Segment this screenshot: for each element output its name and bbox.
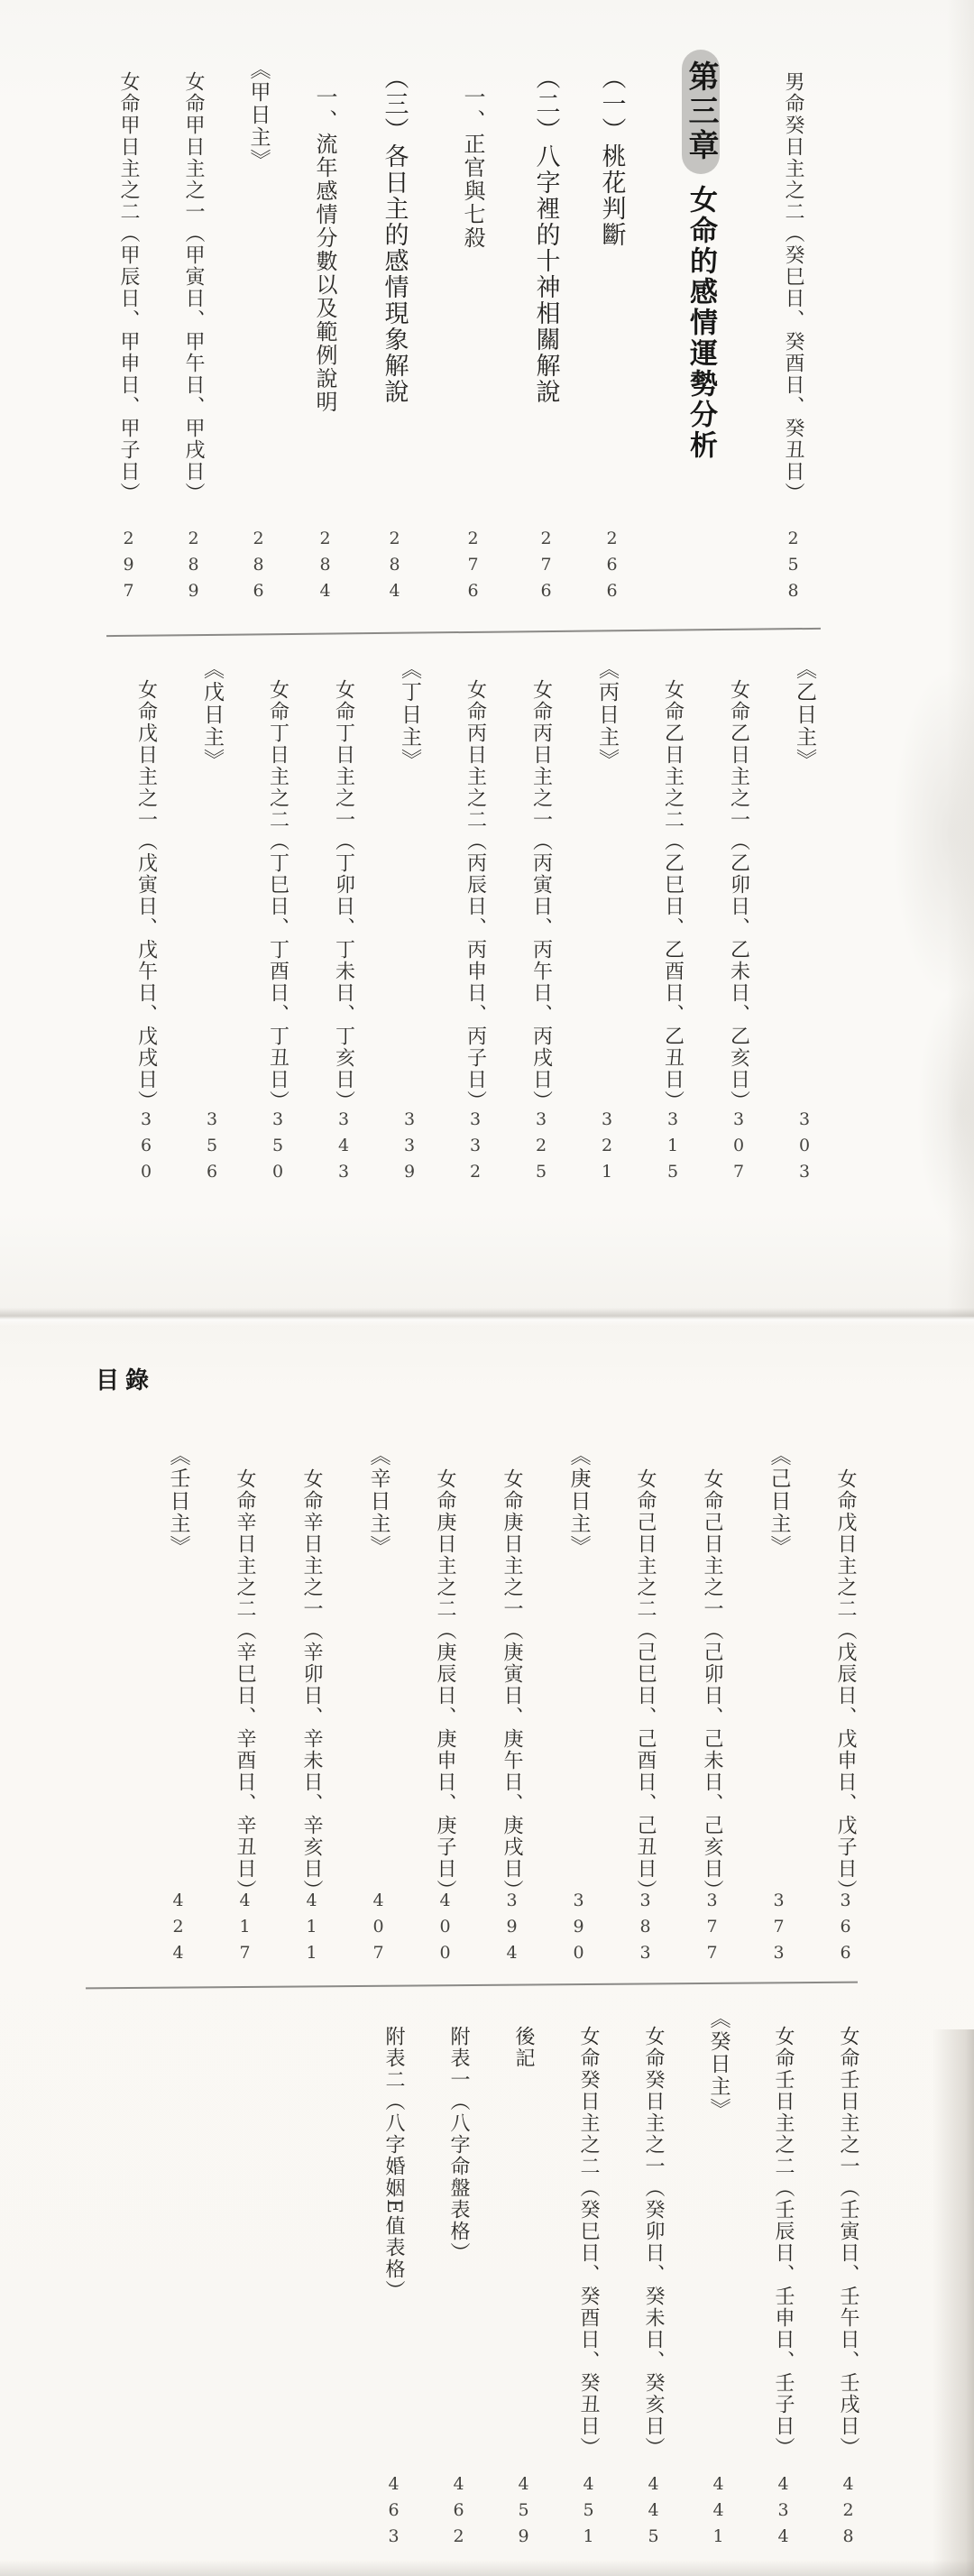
toc-entry: 女命丁日主之一（丁卯日、丁未日、丁亥日） 343 xyxy=(310,646,376,1188)
page-number: 321 xyxy=(598,1109,615,1188)
toc-entry: 女命戊日主之一（戊寅日、戊午日、戊戌日） 360 xyxy=(113,646,179,1188)
toc-entry: 女命癸日主之一（癸卯日、癸未日、癸亥日） 445 xyxy=(620,2004,685,2553)
entry-text: 女命癸日主之一（癸卯日、癸未日、癸亥日） xyxy=(643,2026,663,2459)
page-number: 339 xyxy=(400,1109,418,1188)
page-number: 307 xyxy=(730,1109,747,1188)
chapter-title: 女命的感情運勢分析 xyxy=(685,185,717,461)
page-number: 451 xyxy=(580,2474,597,2553)
toc-entry: 女命甲日主之二（甲辰日、甲申日、甲子日） 297 xyxy=(96,50,161,607)
page-number: 289 xyxy=(185,529,202,607)
section-text: （一）桃花判斷 xyxy=(600,65,624,248)
toc-entry: 女命甲日主之一（甲寅日、甲午日、甲戌日） 289 xyxy=(161,50,225,607)
page-number: 284 xyxy=(317,529,334,607)
page-number: 343 xyxy=(335,1109,352,1188)
entry-text: 女命丙日主之一（丙寅日、丙午日、丙戌日） xyxy=(531,679,551,1112)
toc-entry: 女命辛日主之二（辛巳日、辛酉日、辛丑日） 417 xyxy=(211,1440,278,1969)
toc-subsection: 一、流年感情分數以及範例說明 284 xyxy=(290,50,359,607)
page-number: 303 xyxy=(795,1109,813,1188)
entry-text: 附表二（八字婚姻E值表格） xyxy=(383,2026,403,2302)
toc-entry: 女命庚日主之一（庚寅日、庚午日、庚戌日） 394 xyxy=(478,1440,545,1969)
toc-entry: 女命壬日主之二（壬辰日、壬申日、壬子日） 434 xyxy=(750,2004,815,2553)
entry-text: 女命己日主之一（己卯日、己未日、己亥日） xyxy=(702,1468,721,1901)
page-number: 315 xyxy=(664,1109,681,1188)
entry-text: 女命壬日主之一（壬寅日、壬午日、壬戌日） xyxy=(838,2026,858,2459)
entry-text: 女命辛日主之一（辛卯日、辛未日、辛亥日） xyxy=(301,1468,321,1901)
page-number: 445 xyxy=(645,2474,662,2553)
page-number: 377 xyxy=(703,1891,721,1969)
toc-entry: 女命乙日主之一（乙卯日、乙未日、乙亥日） 307 xyxy=(705,646,771,1188)
entry-text: 女命己日主之二（己巳日、己酉日、己丑日） xyxy=(635,1468,655,1901)
page-number: 441 xyxy=(710,2474,727,2553)
page-number: 462 xyxy=(450,2474,467,2553)
entry-text: 女命丙日主之二（丙辰日、丙申日、丙子日） xyxy=(465,679,485,1112)
toc-entry: 女命己日主之二（己巳日、己酉日、己丑日） 383 xyxy=(611,1440,678,1969)
toc-page-2: 目錄 女命戊日主之二（戊辰日、戊申日、戊子日） 366 《己日主》 373 女命… xyxy=(0,1317,974,2576)
day-master-heading: 《丙日主》 321 xyxy=(574,646,639,1188)
day-master-heading-text: 《己日主》 xyxy=(768,1445,789,1558)
toc-register-a: 男命癸日主之二（癸巳日、癸酉日、癸丑日） 258 第三章女命的感情運勢分析 （一… xyxy=(96,50,832,607)
day-master-heading-text: 《丁日主》 xyxy=(399,658,419,771)
register-divider xyxy=(106,628,821,637)
page-number: 258 xyxy=(785,529,802,607)
toc-section: （一）桃花判斷 266 xyxy=(575,50,648,607)
page-number: 286 xyxy=(250,529,267,607)
entry-text: 女命乙日主之二（乙巳日、乙酉日、乙丑日） xyxy=(663,679,683,1112)
subsection-text: 一、流年感情分數以及範例說明 xyxy=(314,86,335,414)
page-number: 428 xyxy=(840,2474,857,2553)
entry-text: 女命丁日主之一（丁卯日、丁未日、丁亥日） xyxy=(334,679,354,1112)
toc-section: （三）各日主的感情現象解說 284 xyxy=(359,50,429,607)
day-master-heading-text: 《戊日主》 xyxy=(201,658,222,771)
page-number: 407 xyxy=(370,1891,387,1969)
section-text: （三）各日主的感情現象解說 xyxy=(382,65,407,405)
page-number: 276 xyxy=(464,529,482,607)
toc-entry-appendix: 附表一（八字命盤表格） 462 xyxy=(426,2004,491,2553)
toc-section: （二）八字裡的十神相關解說 276 xyxy=(516,50,575,607)
toc-register-b: 《乙日主》 303 女命乙日主之一（乙卯日、乙未日、乙亥日） 307 女命乙日主… xyxy=(113,646,837,1188)
toc-entry: 男命癸日主之二（癸巳日、癸酉日、癸丑日） 258 xyxy=(754,50,832,607)
toc-entry: 女命丁日主之二（丁巳日、丁酉日、丁丑日） 350 xyxy=(244,646,310,1188)
toc-entry: 女命辛日主之一（辛卯日、辛未日、辛亥日） 411 xyxy=(278,1440,345,1969)
day-master-heading: 《癸日主》 441 xyxy=(685,2004,750,2553)
day-master-heading-text: 《癸日主》 xyxy=(708,2008,729,2121)
day-master-heading-text: 《丙日主》 xyxy=(596,658,617,771)
toc-entry: 女命癸日主之二（癸巳日、癸酉日、癸丑日） 451 xyxy=(556,2004,620,2553)
page-number: 360 xyxy=(137,1109,154,1188)
page-number: 350 xyxy=(269,1109,286,1188)
entry-text: 後記 xyxy=(513,2026,533,2069)
entry-text: 附表一（八字命盤表格） xyxy=(448,2026,468,2264)
entry-text: 男命癸日主之二（癸巳日、癸酉日、癸丑日） xyxy=(783,71,803,504)
page-number: 266 xyxy=(603,529,620,607)
page-number: 417 xyxy=(236,1891,253,1969)
page-number: 411 xyxy=(303,1891,320,1969)
day-master-heading-text: 《甲日主》 xyxy=(248,59,269,171)
chapter-number-badge: 第三章 xyxy=(682,50,720,174)
chapter-heading: 第三章女命的感情運勢分析 xyxy=(648,50,754,607)
scan-edge-shadow xyxy=(0,2560,974,2576)
page-number: 459 xyxy=(515,2474,532,2553)
entry-text: 女命甲日主之一（甲寅日、甲午日、甲戌日） xyxy=(183,71,203,504)
toc-entry: 女命乙日主之二（乙巳日、乙酉日、乙丑日） 315 xyxy=(639,646,705,1188)
day-master-heading: 《己日主》 373 xyxy=(745,1440,812,1969)
toc-subsection: 一、正官與七殺 276 xyxy=(429,50,516,607)
day-master-heading: 《庚日主》 390 xyxy=(545,1440,611,1969)
page-number: 434 xyxy=(775,2474,792,2553)
page-number: 400 xyxy=(436,1891,454,1969)
page-number: 373 xyxy=(770,1891,787,1969)
entry-text: 女命癸日主之二（癸巳日、癸酉日、癸丑日） xyxy=(578,2026,598,2459)
toc-entry: 女命丙日主之二（丙辰日、丙申日、丙子日） 332 xyxy=(442,646,508,1188)
page-header-mulu: 目錄 xyxy=(96,1362,155,1395)
page-number: 297 xyxy=(120,529,137,607)
page-number: 394 xyxy=(503,1891,520,1969)
entry-text: 女命甲日主之二（甲辰日、甲申日、甲子日） xyxy=(118,71,138,504)
page-number: 332 xyxy=(466,1109,483,1188)
toc-entry-epilogue: 後記 459 xyxy=(491,2004,556,2553)
page-number: 390 xyxy=(570,1891,587,1969)
day-master-heading-text: 《庚日主》 xyxy=(568,1445,589,1558)
toc-register-c: 女命戊日主之二（戊辰日、戊申日、戊子日） 366 《己日主》 373 女命己日主… xyxy=(144,1440,878,1969)
entry-text: 女命庚日主之二（庚辰日、庚申日、庚子日） xyxy=(435,1468,455,1901)
page-number: 383 xyxy=(637,1891,654,1969)
entry-text: 女命戊日主之二（戊辰日、戊申日、戊子日） xyxy=(835,1468,855,1901)
day-master-heading: 《戊日主》 356 xyxy=(179,646,244,1188)
page-number: 424 xyxy=(170,1891,187,1969)
toc-page-1: 男命癸日主之二（癸巳日、癸酉日、癸丑日） 258 第三章女命的感情運勢分析 （一… xyxy=(0,0,974,1317)
page-number: 284 xyxy=(386,529,403,607)
page-seam-shadow xyxy=(0,1308,974,1326)
entry-text: 女命丁日主之二（丁巳日、丁酉日、丁丑日） xyxy=(268,679,288,1112)
toc-entry: 女命庚日主之二（庚辰日、庚申日、庚子日） 400 xyxy=(411,1440,478,1969)
page-number: 276 xyxy=(538,529,555,607)
section-text: （二）八字裡的十神相關解說 xyxy=(534,65,558,405)
toc-entry: 女命丙日主之一（丙寅日、丙午日、丙戌日） 325 xyxy=(508,646,574,1188)
toc-register-d: 女命壬日主之一（壬寅日、壬午日、壬戌日） 428 女命壬日主之二（壬辰日、壬申日… xyxy=(361,2004,880,2553)
page-number: 325 xyxy=(532,1109,549,1188)
entry-text: 女命戊日主之一（戊寅日、戊午日、戊戌日） xyxy=(136,679,156,1112)
entry-text: 女命辛日主之二（辛巳日、辛酉日、辛丑日） xyxy=(234,1468,254,1901)
page-number: 356 xyxy=(203,1109,220,1188)
page-number: 463 xyxy=(385,2474,402,2553)
entry-text: 女命庚日主之一（庚寅日、庚午日、庚戌日） xyxy=(501,1468,521,1901)
day-master-heading-text: 《壬日主》 xyxy=(168,1445,188,1558)
day-master-heading-text: 《辛日主》 xyxy=(368,1445,389,1558)
chapter-heading-text: 第三章女命的感情運勢分析 xyxy=(682,50,720,461)
entry-text: 女命乙日主之一（乙卯日、乙未日、乙亥日） xyxy=(729,679,749,1112)
toc-entry: 女命戊日主之二（戊辰日、戊申日、戊子日） 366 xyxy=(812,1440,878,1969)
register-divider xyxy=(86,1982,858,1990)
toc-entry-appendix: 附表二（八字婚姻E值表格） 463 xyxy=(361,2004,426,2553)
scan-edge-shadow xyxy=(947,0,974,1317)
scan-edge-shadow xyxy=(933,2029,974,2576)
day-master-heading: 《甲日主》 286 xyxy=(225,50,290,607)
toc-entry: 女命壬日主之一（壬寅日、壬午日、壬戌日） 428 xyxy=(815,2004,880,2553)
scanned-toc-spread: 男命癸日主之二（癸巳日、癸酉日、癸丑日） 258 第三章女命的感情運勢分析 （一… xyxy=(0,0,974,2576)
day-master-heading: 《壬日主》 424 xyxy=(144,1440,211,1969)
entry-text: 女命壬日主之二（壬辰日、壬申日、壬子日） xyxy=(773,2026,793,2459)
toc-entry: 女命己日主之一（己卯日、己未日、己亥日） 377 xyxy=(678,1440,745,1969)
page-number: 366 xyxy=(837,1891,854,1969)
day-master-heading: 《辛日主》 407 xyxy=(345,1440,411,1969)
day-master-heading: 《丁日主》 339 xyxy=(376,646,442,1188)
subsection-text: 一、正官與七殺 xyxy=(462,86,483,250)
